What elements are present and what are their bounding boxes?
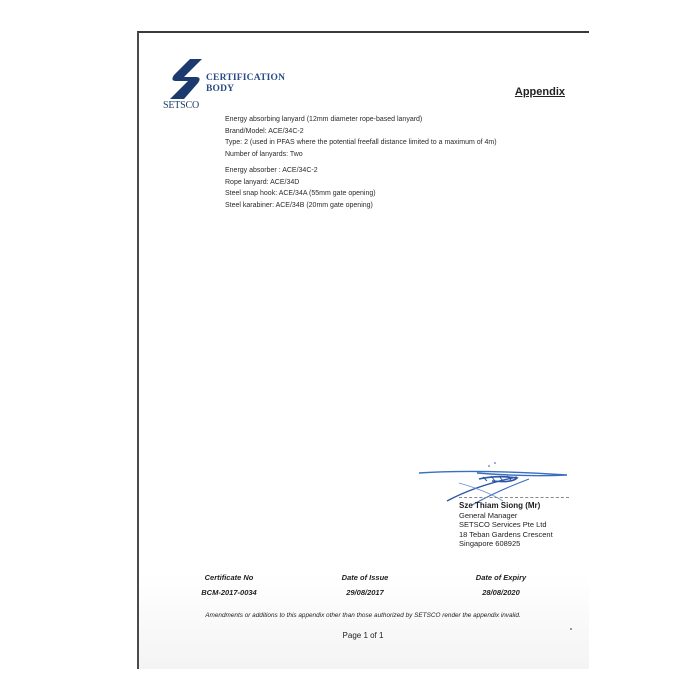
expiry-date-label: Date of Expiry	[441, 573, 561, 582]
organization-line-1: CERTIFICATION	[206, 73, 285, 84]
signatory-address-1: 18 Teban Gardens Crescent	[459, 530, 553, 540]
certificate-number-label: Certificate No	[169, 573, 289, 582]
issue-date-field: Date of Issue 29/08/2017	[305, 573, 425, 597]
page-indicator: Page 1 of 1	[139, 631, 587, 640]
certificate-page: SETSCO CERTIFICATION BODY Appendix Energ…	[137, 31, 589, 669]
signatory-block: Sze Thiam Siong (Mr) General Manager SET…	[459, 501, 553, 549]
signatory-name: Sze Thiam Siong (Mr)	[459, 501, 553, 511]
page-title: Appendix	[515, 86, 565, 98]
signature-icon	[417, 461, 577, 506]
signature	[417, 461, 577, 506]
signatory-title: General Manager	[459, 511, 553, 521]
organization-name: CERTIFICATION BODY	[206, 73, 285, 95]
spec-line: Energy absorber : ACE/34C-2	[225, 165, 497, 177]
spec-line: Number of lanyards: Two	[225, 149, 497, 161]
spec-line: Brand/Model: ACE/34C-2	[225, 126, 497, 138]
spec-line: Type: 2 (used in PFAS where the potentia…	[225, 137, 497, 149]
scan-speck	[570, 628, 572, 630]
certificate-number-value: BCM-2017-0034	[169, 588, 289, 597]
setsco-logo-icon	[162, 57, 207, 102]
disclaimer-text: Amendments or additions to this appendix…	[139, 612, 587, 619]
organization-line-2: BODY	[206, 84, 285, 95]
signature-line	[459, 497, 569, 498]
setsco-logo: SETSCO	[162, 57, 207, 112]
spec-line: Energy absorbing lanyard (12mm diameter …	[225, 114, 497, 126]
spec-line: Steel snap hook: ACE/34A (55mm gate open…	[225, 188, 497, 200]
signatory-company: SETSCO Services Pte Ltd	[459, 520, 553, 530]
certificate-number-field: Certificate No BCM-2017-0034	[169, 573, 289, 597]
issue-date-label: Date of Issue	[305, 573, 425, 582]
expiry-date-value: 28/08/2020	[441, 588, 561, 597]
specification-list: Energy absorbing lanyard (12mm diameter …	[225, 114, 497, 211]
signatory-address-2: Singapore 608925	[459, 539, 553, 549]
issue-date-value: 29/08/2017	[305, 588, 425, 597]
logo-wordmark: SETSCO	[163, 100, 199, 111]
expiry-date-field: Date of Expiry 28/08/2020	[441, 573, 561, 597]
spec-line: Rope lanyard: ACE/34D	[225, 177, 497, 189]
spec-line: Steel karabiner: ACE/34B (20mm gate open…	[225, 200, 497, 212]
